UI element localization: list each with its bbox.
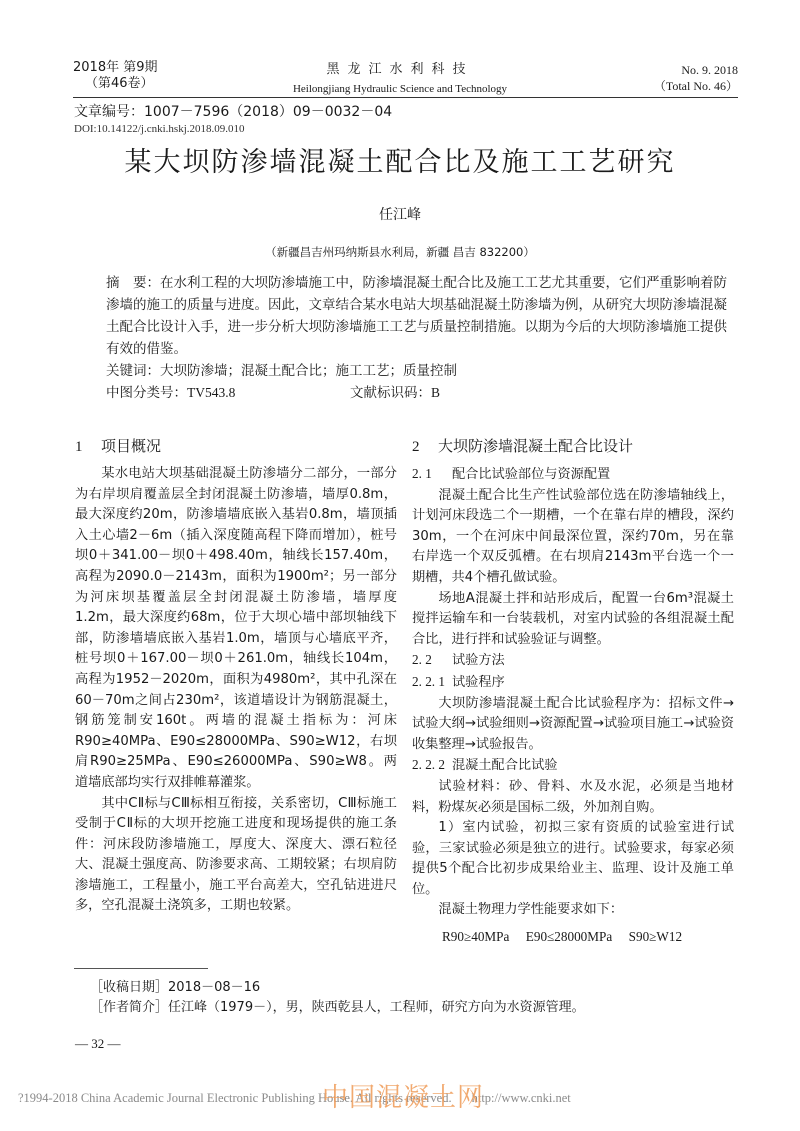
paragraph: 试验材料：砂、骨料、水及水泥，必须是当地材料，粉煤灰必须是国标二级，外加剂自购。 (412, 777, 734, 818)
subsection-2-2-1-heading: 2. 2. 1试验程序 (412, 672, 734, 694)
author-name: 任江峰 (0, 204, 800, 224)
subsection-2-1-heading: 2. 1配合比试验部位与资源配置 (412, 464, 734, 486)
section-2-heading: 2大坝防渗墙混凝土配合比设计 (412, 436, 734, 460)
paragraph: 大坝防渗墙混凝土配合比试验程序为：招标文件→试验大纲→试验细则→资源配置→试验项… (412, 694, 734, 756)
subsection-2-2-2-heading: 2. 2. 2混凝土配合比试验 (412, 755, 734, 777)
column-right: 2大坝防渗墙混凝土配合比设计 2. 1配合比试验部位与资源配置 混凝土配合比生产… (412, 436, 734, 948)
header-divider (73, 97, 738, 98)
abstract-block: 摘 要：在水利工程的大坝防渗墙施工中，防渗墙混凝土配合比及施工工艺尤其重要，它们… (106, 272, 736, 404)
doc-code-label: 文献标识码： (350, 385, 431, 401)
journal-name-en: Heilongjiang Hydraulic Science and Techn… (250, 83, 550, 95)
paragraph: 混凝土配合比生产性试验部位选在防渗墙轴线上，计划河床段选二个一期槽，一个在靠右岸… (412, 486, 734, 589)
article-number: 文章编号：1007－7596（2018）09－0032－04 (74, 101, 392, 121)
subsection-title: 试验程序 (452, 675, 505, 690)
cnki-link[interactable]: http://www.cnki.net (472, 1091, 571, 1105)
page-number: — 32 — (75, 1036, 121, 1052)
subsection-number: 2. 2 (412, 650, 452, 671)
paragraph: 某水电站大坝基础混凝土防渗墙分二部分，一部分为右岸坝肩覆盖层全封闭混凝土防渗墙，… (75, 464, 397, 794)
classification-row: 中图分类号：TV543.8 文献标识码：B (106, 382, 736, 404)
author-affiliation: （新疆昌吉州玛纳斯县水利局，新疆 昌吉 832200） (0, 244, 800, 260)
section-1-heading: 1项目概况 (75, 436, 397, 460)
paragraph: 其中CⅡ标与CⅢ标相互衔接，关系密切，CⅢ标施工受制于CⅡ标的大坝开挖施工进度和… (75, 794, 397, 918)
subsection-title: 试验方法 (452, 653, 505, 668)
subsection-title: 混凝土配合比试验 (452, 758, 558, 773)
watermark-logo: 中国混凝土网 (322, 1077, 484, 1114)
keywords: 关键词：大坝防渗墙；混凝土配合比；施工工艺；质量控制 (106, 360, 736, 382)
journal-name-cn: 黑龙江水利科技 (250, 58, 550, 77)
section-number: 1 (75, 437, 101, 458)
total-number-en: （Total No. 46） (654, 78, 738, 94)
clc-label: 中图分类号： (106, 385, 187, 401)
paragraph: 混凝土物理力学性能要求如下： (412, 900, 734, 921)
paragraph: 1）室内试验，初拟三家有资质的试验室进行试验，三家试验必须是独立的进行。试验要求… (412, 818, 734, 900)
section-number: 2 (412, 437, 438, 458)
issue-info: 2018年 第9期 （第46卷） (73, 60, 158, 92)
column-left: 1项目概况 某水电站大坝基础混凝土防渗墙分二部分，一部分为右岸坝肩覆盖层全封闭混… (75, 436, 397, 917)
doc-code-value: B (431, 385, 440, 400)
abstract-text: 摘 要：在水利工程的大坝防渗墙施工中，防渗墙混凝土配合比及施工工艺尤其重要，它们… (106, 272, 736, 360)
subsection-number: 2. 1 (412, 464, 452, 485)
subsection-title: 配合比试验部位与资源配置 (452, 467, 610, 482)
footnotes: ［收稿日期］2018－08－16 ［作者简介］任江峰（1979－），男，陕西乾县… (90, 978, 585, 1018)
paragraph: 场地A混凝土拌和站形成后，配置一台6m³混凝土搅拌运输车和一台装载机，对室内试验… (412, 589, 734, 651)
doi[interactable]: DOI:10.14122/j.cnki.hskj.2018.09.010 (74, 123, 245, 135)
journal-name: 黑龙江水利科技 Heilongjiang Hydraulic Science a… (250, 58, 550, 95)
paper-title: 某大坝防渗墙混凝土配合比及施工工艺研究 (0, 140, 800, 179)
received-date: ［收稿日期］2018－08－16 (90, 978, 585, 998)
subsection-number: 2. 2. 1 (412, 672, 452, 693)
issue-year-number: 2018年 第9期 (73, 60, 158, 76)
clc-value: TV543.8 (187, 385, 235, 400)
issue-number-en: No. 9. 2018 (654, 62, 738, 78)
issue-volume: （第46卷） (73, 76, 158, 92)
issue-info-en: No. 9. 2018 （Total No. 46） (654, 62, 738, 94)
section-title: 项目概况 (101, 437, 161, 455)
footnote-divider (74, 968, 208, 969)
author-bio: ［作者简介］任江峰（1979－），男，陕西乾县人，工程师，研究方向为水资源管理。 (90, 998, 585, 1018)
performance-formula: R90≥40MPa E90≤28000MPa S90≥W12 (412, 927, 734, 948)
subsection-number: 2. 2. 2 (412, 755, 452, 776)
section-title: 大坝防渗墙混凝土配合比设计 (438, 437, 633, 455)
copyright-line: ?1994-2018 China Academic Journal Electr… (18, 1091, 571, 1106)
subsection-2-2-heading: 2. 2试验方法 (412, 650, 734, 672)
